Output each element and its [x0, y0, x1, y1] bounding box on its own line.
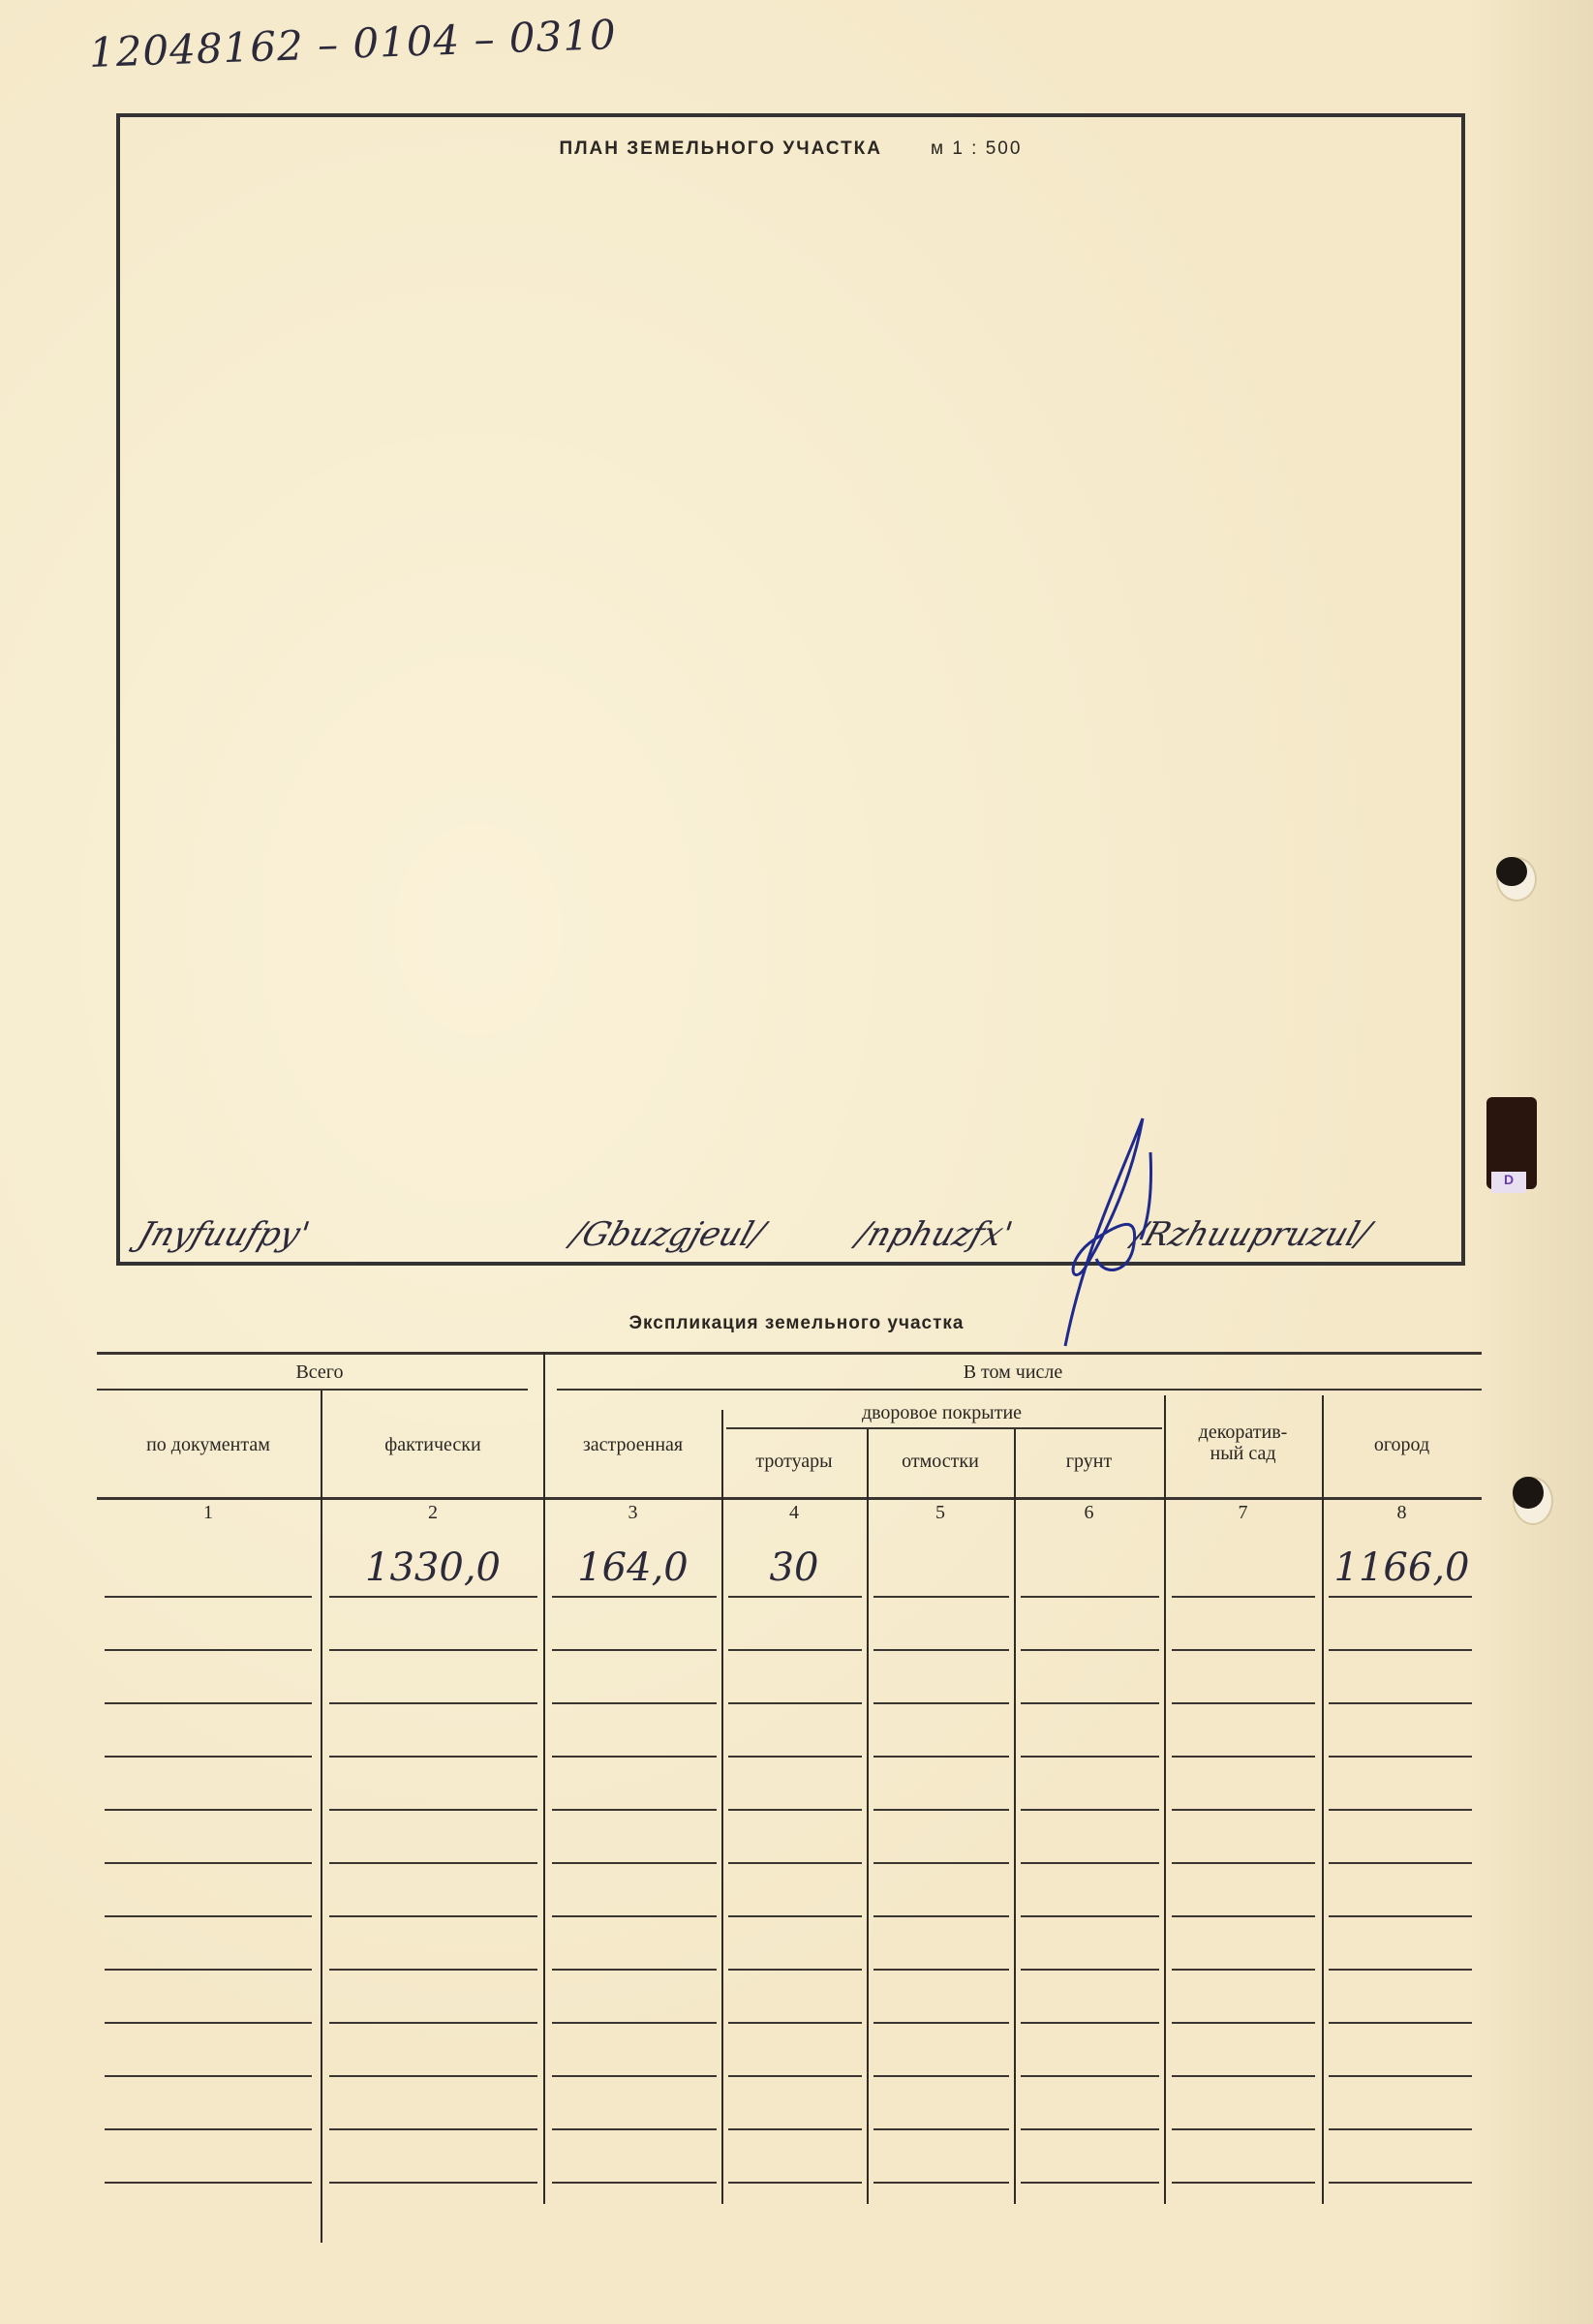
table-row-rule: [1021, 1596, 1159, 1598]
table-row-rule: [1021, 1702, 1159, 1704]
table-row-rule: [1021, 2075, 1159, 2077]
header-including: В том числе: [544, 1361, 1482, 1383]
table-row-rule: [873, 2075, 1009, 2077]
table-row-rule: [552, 1915, 717, 1917]
table-row-rule: [728, 2128, 862, 2130]
table-row-rule: [1172, 1969, 1315, 1971]
punch-hole-icon: [1496, 857, 1537, 902]
divider-col-5-6: [1014, 1429, 1016, 2204]
divider-col-3-4: [721, 1410, 723, 2204]
table-row-rule: [329, 1809, 537, 1811]
signature-4: /Rzhuupruzul/: [1128, 1215, 1376, 1254]
table-row-rule: [728, 1862, 862, 1864]
table-row-rule: [873, 2128, 1009, 2130]
table-row-rule: [105, 1702, 312, 1704]
table-row-rule: [552, 1756, 717, 1758]
table-row-rule: [1021, 1649, 1159, 1651]
table-row-rule: [1172, 2022, 1315, 2024]
table-row-rule: [1172, 1596, 1315, 1598]
plan-title: ПЛАН ЗЕМЕЛЬНОГО УЧАСТКАм 1 : 500: [120, 138, 1461, 160]
table-row-rule: [1329, 1915, 1472, 1917]
table-row-rule: [1172, 1915, 1315, 1917]
table-row-rule: [329, 1596, 537, 1598]
table-row-rule: [1172, 1702, 1315, 1704]
table-row-rule: [873, 1809, 1009, 1811]
table-row-rule: [873, 2022, 1009, 2024]
table-row-rule: [105, 2022, 312, 2024]
table-row-rule: [1329, 1702, 1472, 1704]
table-row-rule: [105, 2075, 312, 2077]
table-row-rule: [105, 1862, 312, 1864]
table-row-rule: [1172, 2075, 1315, 2077]
table-row-rule: [1021, 2182, 1159, 2184]
table-row-rule: [552, 2022, 717, 2024]
table-row-rule: [105, 2128, 312, 2130]
divider-col-7-8: [1322, 1395, 1324, 2204]
table-row-rule: [552, 1649, 717, 1651]
table-row-rule: [105, 1596, 312, 1598]
col-number-1: 1: [97, 1502, 320, 1524]
table-row-rule: [329, 1649, 537, 1651]
table-row-rule: [552, 1702, 717, 1704]
col-header-3: застроенная: [544, 1434, 721, 1455]
table-row-rule: [728, 2075, 862, 2077]
table-row-rule: [1329, 2128, 1472, 2130]
col-header-6: грунт: [1014, 1451, 1164, 1472]
table-row-rule: [873, 1862, 1009, 1864]
table-row-rule: [728, 1596, 862, 1598]
table-row-rule: [105, 1915, 312, 1917]
explication-title: Экспликация земельного участка: [0, 1313, 1593, 1334]
table-row-rule: [552, 2128, 717, 2130]
table-row-rule: [1329, 1809, 1472, 1811]
table-row-rule: [1021, 1969, 1159, 1971]
rule-under-yard-cover: [726, 1427, 1162, 1429]
col-number-5: 5: [867, 1502, 1014, 1524]
table-row-rule: [728, 1756, 862, 1758]
signature-row: Jnyfuufpy' /Gbuzgjeul/ /nphuzfx' /Rzhuup…: [132, 1196, 1450, 1254]
col-header-5: отмостки: [867, 1451, 1014, 1472]
table-row-rule: [329, 1915, 537, 1917]
col-number-6: 6: [1014, 1502, 1164, 1524]
table-row-rule: [1021, 2128, 1159, 2130]
table-row-rule: [728, 1915, 862, 1917]
table-row-rule: [1021, 1809, 1159, 1811]
table-row-rule: [1021, 1915, 1159, 1917]
table-row-rule: [329, 1862, 537, 1864]
col-number-2: 2: [322, 1502, 544, 1524]
table-row-rule: [728, 1702, 862, 1704]
rule-under-total: [97, 1389, 528, 1391]
col-header-4: тротуары: [721, 1451, 867, 1472]
table-row-rule: [329, 1969, 537, 1971]
table-row-rule: [1329, 1596, 1472, 1598]
table-row-rule: [873, 1969, 1009, 1971]
col-header-1: по документам: [97, 1434, 320, 1455]
cell-sidewalks: 30: [721, 1545, 867, 1590]
table-row-rule: [873, 1649, 1009, 1651]
table-row-rule: [1329, 1969, 1472, 1971]
table-row-rule: [873, 1596, 1009, 1598]
table-row-rule: [552, 1862, 717, 1864]
col-header-7: декоратив- ный сад: [1164, 1422, 1322, 1464]
cell-built-up: 164,0: [544, 1545, 721, 1590]
table-row-rule: [1329, 1756, 1472, 1758]
divider-col-4-5: [867, 1429, 869, 2204]
cell-actual-total: 1330,0: [322, 1545, 544, 1590]
col-number-3: 3: [544, 1502, 721, 1524]
table-row-rule: [873, 1756, 1009, 1758]
signature-1: Jnyfuufpy': [134, 1215, 315, 1254]
table-row-rule: [1172, 1649, 1315, 1651]
table-row-rule: [728, 2182, 862, 2184]
table-row-rule: [329, 2022, 537, 2024]
table-row-rule: [873, 1702, 1009, 1704]
col-number-7: 7: [1164, 1502, 1322, 1524]
table-row-rule: [728, 1649, 862, 1651]
table-row-rule: [552, 2182, 717, 2184]
table-row-rule: [552, 2075, 717, 2077]
table-row-rule: [1172, 2128, 1315, 2130]
col-header-8: огород: [1322, 1434, 1482, 1455]
plan-title-text: ПЛАН ЗЕМЕЛЬНОГО УЧАСТКА: [560, 138, 882, 159]
header-yard-cover: дворовое покрытие: [721, 1402, 1162, 1423]
table-row-rule: [105, 1649, 312, 1651]
table-row-rule: [1172, 1809, 1315, 1811]
table-row-rule: [1172, 1862, 1315, 1864]
table-row-rule: [1329, 2075, 1472, 2077]
table-row-rule: [1329, 1862, 1472, 1864]
table-row-rule: [1021, 2022, 1159, 2024]
table-row-rule: [552, 1596, 717, 1598]
table-row-rule: [1329, 2182, 1472, 2184]
rule-above-col-numbers: [97, 1497, 1482, 1500]
land-plot-plan-frame: ПЛАН ЗЕМЕЛЬНОГО УЧАСТКАм 1 : 500 Jnyfuuf…: [116, 113, 1465, 1266]
rule-under-including: [557, 1389, 1482, 1391]
table-row-rule: [105, 2182, 312, 2184]
table-row-rule: [1021, 1756, 1159, 1758]
table-row-rule: [1172, 2182, 1315, 2184]
table-row-rule: [329, 2182, 537, 2184]
header-total: Всего: [97, 1361, 542, 1383]
col-number-8: 8: [1322, 1502, 1482, 1524]
plan-scale: м 1 : 500: [931, 138, 1022, 159]
divider-col-1-2: [321, 1391, 322, 2243]
table-row-rule: [105, 1756, 312, 1758]
table-row-rule: [873, 2182, 1009, 2184]
table-row-rule: [1172, 1756, 1315, 1758]
signature-3: /nphuzfx': [852, 1215, 1018, 1254]
table-row-rule: [329, 2075, 537, 2077]
table-row-rule: [105, 1809, 312, 1811]
col-header-2: фактически: [322, 1434, 544, 1455]
table-row-rule: [329, 1756, 537, 1758]
table-row-rule: [728, 2022, 862, 2024]
col-number-4: 4: [721, 1502, 867, 1524]
table-row-rule: [552, 1969, 717, 1971]
divider-col-6-7: [1164, 1395, 1166, 2204]
cell-vegetable-garden: 1166,0: [1322, 1545, 1482, 1590]
divider-col-2-3: [543, 1497, 545, 2204]
punch-hole-icon: [1513, 1477, 1553, 1525]
table-row-rule: [1329, 2022, 1472, 2024]
table-row-rule: [552, 1809, 717, 1811]
table-row-rule: [1329, 1649, 1472, 1651]
table-row-rule: [728, 1809, 862, 1811]
table-row-rule: [873, 1915, 1009, 1917]
table-row-rule: [329, 1702, 537, 1704]
table-row-rule: [1021, 1862, 1159, 1864]
signature-2: /Gbuzgjeul/: [567, 1215, 770, 1254]
explication-table: Всего В том числе дворовое покрытие по д…: [97, 1352, 1482, 2204]
table-top-rule: [97, 1352, 1482, 1355]
table-row-rule: [728, 1969, 862, 1971]
table-row-rule: [105, 1969, 312, 1971]
binder-tab-label: D: [1491, 1172, 1526, 1193]
table-row-rule: [329, 2128, 537, 2130]
handwritten-document-id: 12048162 – 0104 – 0310: [88, 11, 617, 76]
